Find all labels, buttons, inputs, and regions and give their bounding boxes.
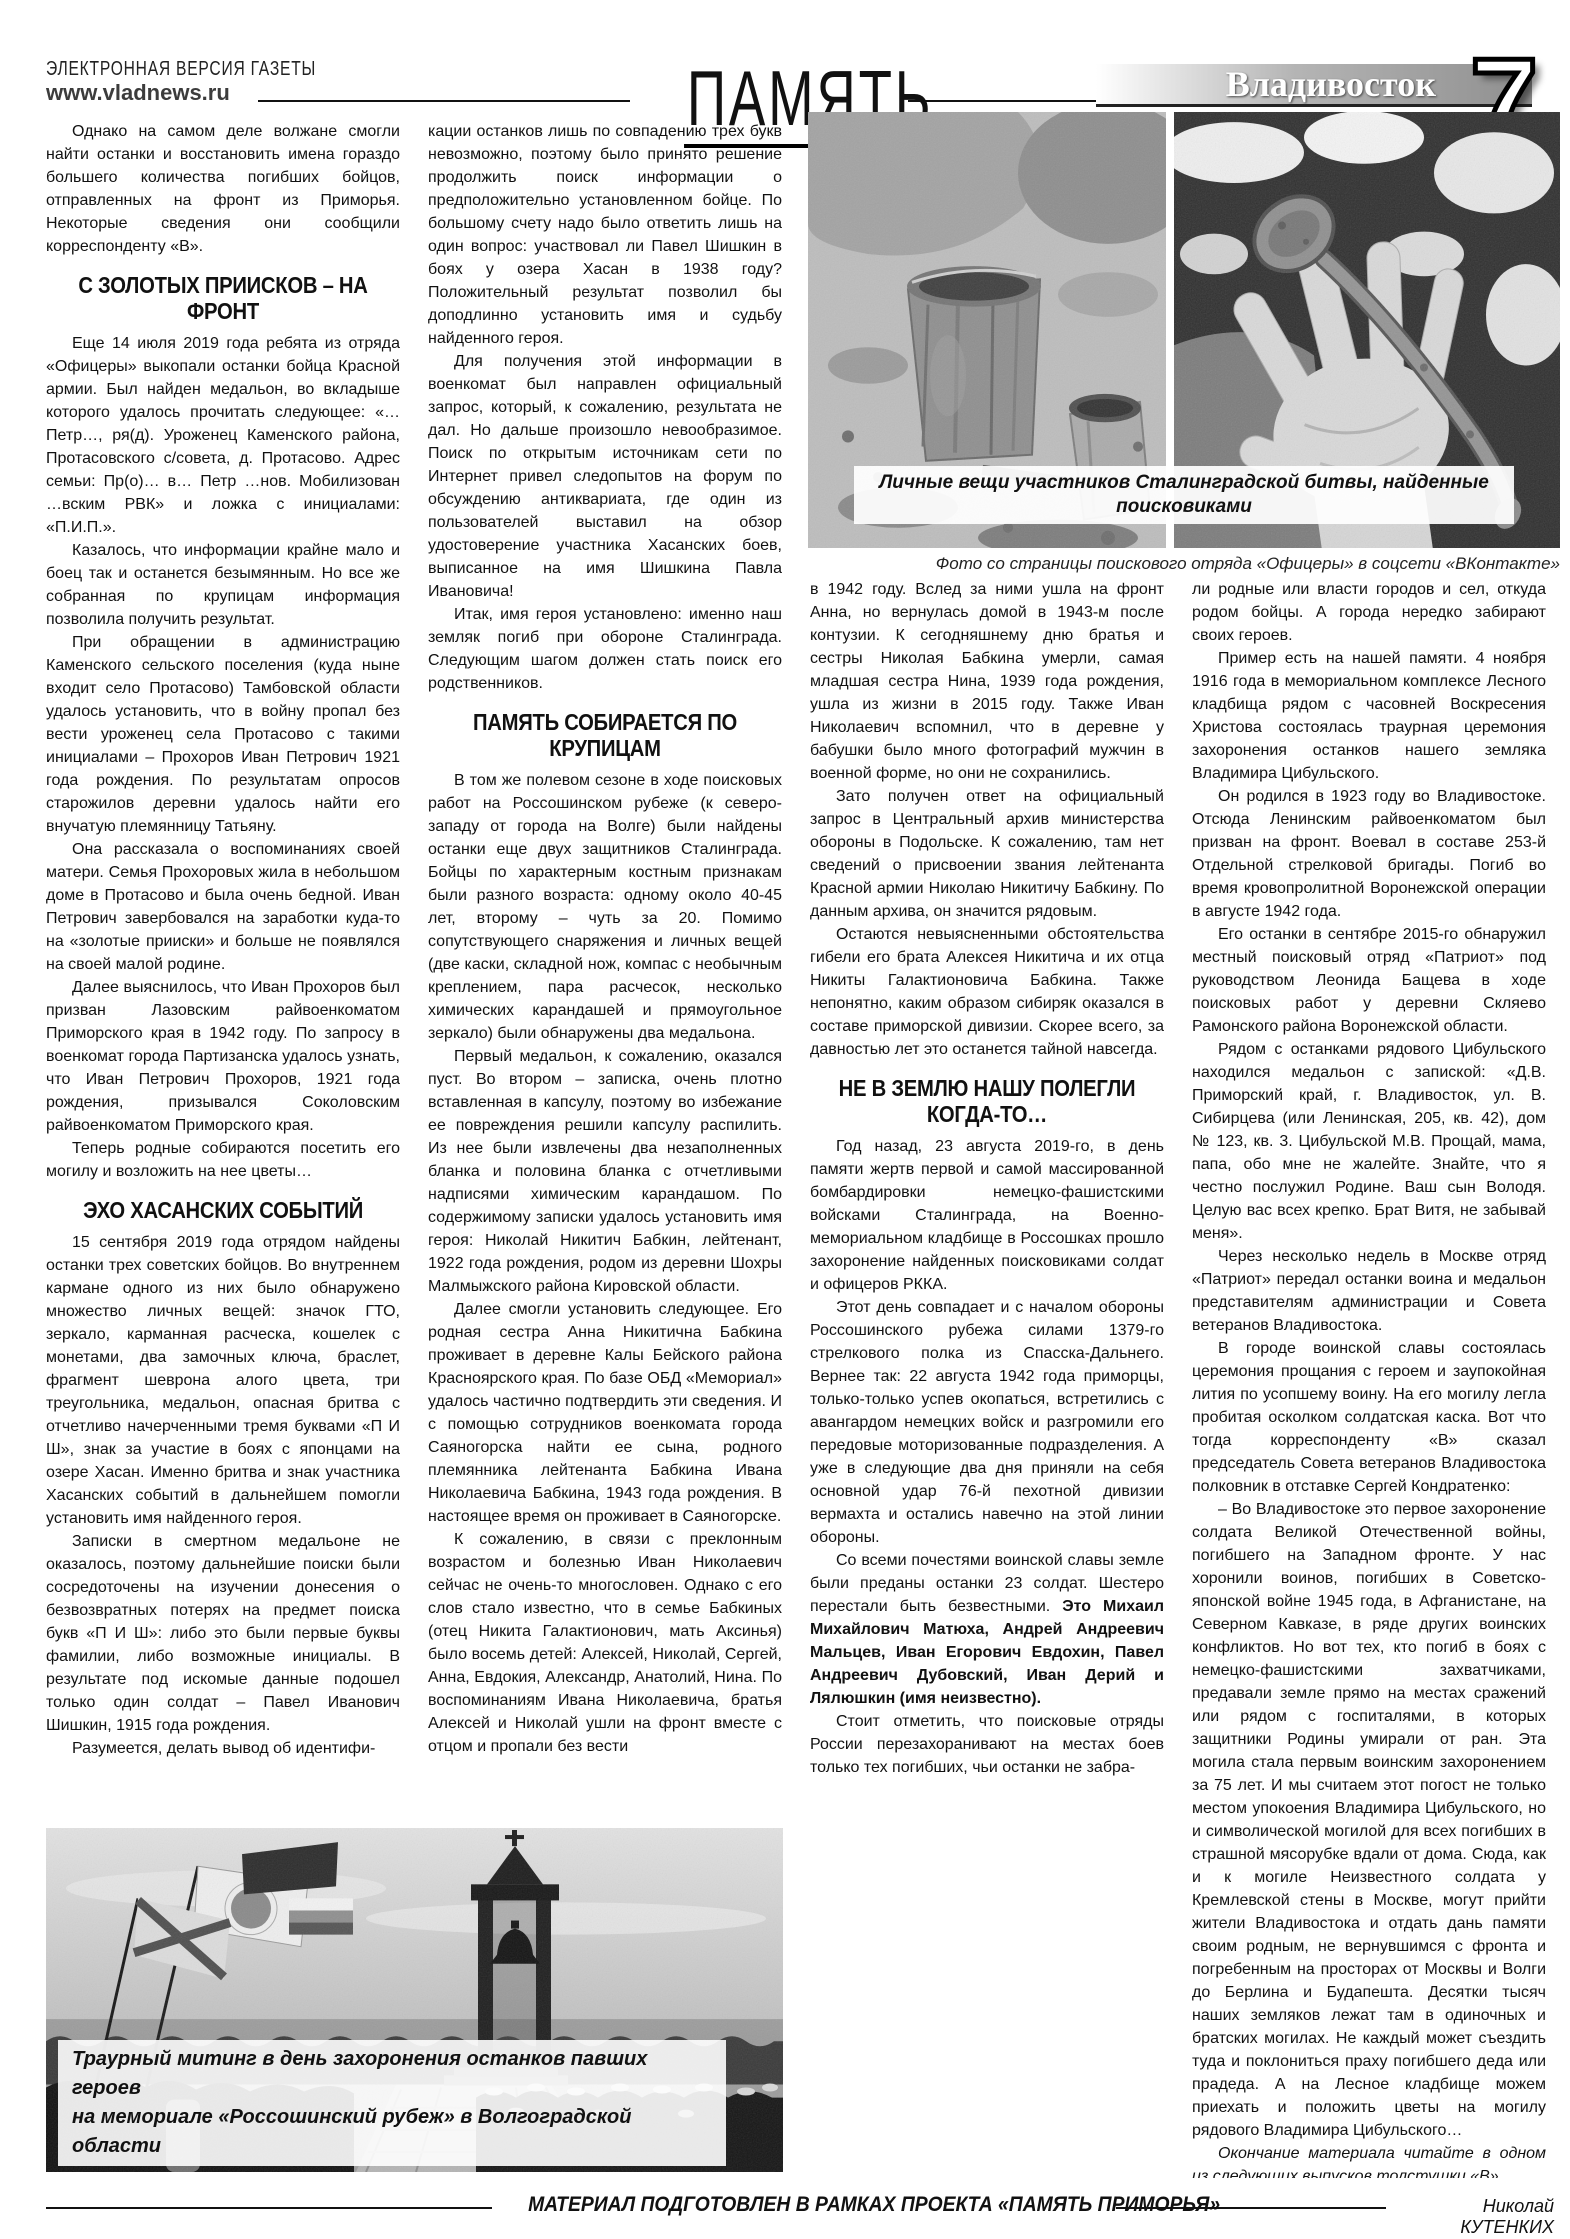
- top-photo-credit: Фото со страницы поискового отряда «Офиц…: [808, 554, 1560, 574]
- paragraph: Записки в смертном медальоне не оказалос…: [46, 1530, 400, 1737]
- paragraph: Через несколько недель в Москве отряд «П…: [1192, 1245, 1546, 1337]
- subheading-not-into-our-soil: НЕ В ЗЕМЛЮ НАШУ ПОЛЕГЛИ КОГДА-ТО…: [810, 1075, 1164, 1127]
- paragraph: При обращении в администрацию Каменского…: [46, 631, 400, 838]
- paragraph-with-names: Со всеми почестями воинской славы земле …: [810, 1549, 1164, 1710]
- subheading-khasan-echo: ЭХО ХАСАНСКИХ СОБЫТИЙ: [46, 1197, 400, 1223]
- project-note-text: МАТЕРИАЛ ПОДГОТОВЛЕН В РАМКАХ ПРОЕКТА «П…: [528, 2193, 1220, 2217]
- continuation-note: Окончание материала читайте в одном из с…: [1192, 2142, 1546, 2178]
- paragraph: В городе воинской славы состоялась церем…: [1192, 1337, 1546, 1498]
- paragraph: Итак, имя героя установлено: именно наш …: [428, 603, 782, 695]
- subheading-text: С ЗОЛОТЫХ ПРИИСКОВ – НА ФРОНТ: [67, 272, 379, 324]
- paragraph: Далее смогли установить следующее. Его р…: [428, 1298, 782, 1528]
- paragraph: Пример есть на нашей памяти. 4 ноября 19…: [1192, 647, 1546, 785]
- paragraph: Для получения этой информации в военкома…: [428, 350, 782, 603]
- subheading-text: НЕ В ЗЕМЛЮ НАШУ ПОЛЕГЛИ КОГДА-ТО…: [831, 1075, 1143, 1127]
- bottom-photo-caption: Траурный митинг в день захоронения остан…: [58, 2040, 726, 2166]
- newspaper-name: Владивосток: [1226, 64, 1436, 104]
- paragraph: в 1942 году. Вслед за ними ушла на фронт…: [810, 578, 1164, 785]
- edition-label: ЭЛЕКТРОННАЯ ВЕРСИЯ ГАЗЕТЫ: [46, 58, 392, 81]
- memorial-photo: Траурный митинг в день захоронения остан…: [46, 1828, 783, 2172]
- header-rule-left: [258, 100, 630, 102]
- footer-rule-right: [1116, 2207, 1386, 2209]
- paragraph: Зато получен ответ на официальный запрос…: [810, 785, 1164, 923]
- paragraph: Еще 14 июля 2019 года ребята из отряда «…: [46, 332, 400, 539]
- top-photo-block: Личные вещи участников Сталинградской би…: [808, 112, 1560, 548]
- paragraph: кации останков лишь по совпадению трех б…: [428, 120, 782, 350]
- subheading-text: ЭХО ХАСАНСКИХ СОБЫТИЙ: [83, 1197, 363, 1223]
- paragraph: Его останки в сентябре 2015-го обнаружил…: [1192, 923, 1546, 1038]
- article-column-2: кации останков лишь по совпадению трех б…: [428, 120, 782, 1822]
- paragraph: Она рассказала о воспоминаниях своей мат…: [46, 838, 400, 976]
- article-column-3: в 1942 году. Вслед за ними ушла на фронт…: [810, 578, 1164, 2140]
- paragraph: В том же полевом сезоне в ходе поисковых…: [428, 769, 782, 1045]
- paragraph: Далее выяснилось, что Иван Прохоров был …: [46, 976, 400, 1137]
- paragraph: 15 сентября 2019 года отрядом найдены ос…: [46, 1231, 400, 1530]
- paragraph: Остаются невыясненными обстоятельства ги…: [810, 923, 1164, 1061]
- author-byline: Николай КУТЕНКИХ: [1390, 2196, 1554, 2238]
- paragraph: Он родился в 1923 году во Владивостоке. …: [1192, 785, 1546, 923]
- paragraph: Этот день совпадает и с началом обороны …: [810, 1296, 1164, 1549]
- article-column-4: ли родные или власти городов и сел, отку…: [1192, 578, 1546, 2178]
- newspaper-page: ЭЛЕКТРОННАЯ ВЕРСИЯ ГАЗЕТЫ www.vladnews.r…: [0, 0, 1570, 2239]
- top-photo-caption: Личные вещи участников Сталинградской би…: [854, 466, 1514, 524]
- paragraph: Первый медальон, к сожалению, оказался п…: [428, 1045, 782, 1298]
- edition-label-text: ЭЛЕКТРОННАЯ ВЕРСИЯ ГАЗЕТЫ: [46, 58, 316, 81]
- bottom-photo-caption-line1: Траурный митинг в день захоронения остан…: [72, 2045, 712, 2103]
- subheading-gold-mines: С ЗОЛОТЫХ ПРИИСКОВ – НА ФРОНТ: [46, 272, 400, 324]
- paragraph-quote: – Во Владивостоке это первое захоронение…: [1192, 1498, 1546, 2142]
- paragraph: Год назад, 23 августа 2019-го, в день па…: [810, 1135, 1164, 1296]
- paragraph: Разумеется, делать вывод об идентифи-: [46, 1737, 400, 1760]
- bottom-photo-caption-line2: на мемориале «Россошинский рубеж» в Волг…: [72, 2103, 712, 2161]
- subheading-memory-crumbs: ПАМЯТЬ СОБИРАЕТСЯ ПО КРУПИЦАМ: [428, 709, 782, 761]
- subheading-text: ПАМЯТЬ СОБИРАЕТСЯ ПО КРУПИЦАМ: [449, 709, 761, 761]
- paragraph: Казалось, что информации крайне мало и б…: [46, 539, 400, 631]
- paragraph: Стоит отметить, что поисковые отряды Рос…: [810, 1710, 1164, 1779]
- paragraph: К сожалению, в связи с преклонным возрас…: [428, 1528, 782, 1758]
- project-note: МАТЕРИАЛ ПОДГОТОВЛЕН В РАМКАХ ПРОЕКТА «П…: [498, 2193, 1112, 2217]
- paragraph: Рядом с останками рядового Цибульского н…: [1192, 1038, 1546, 1245]
- footer-rule-left: [46, 2207, 492, 2209]
- website-link[interactable]: www.vladnews.ru: [46, 80, 230, 106]
- paragraph: ли родные или власти городов и сел, отку…: [1192, 578, 1546, 647]
- paragraph: Теперь родные собираются посетить его мо…: [46, 1137, 400, 1183]
- lead-paragraph: Однако на самом деле волжане смогли найт…: [46, 120, 400, 258]
- article-column-1: Однако на самом деле волжане смогли найт…: [46, 120, 400, 1822]
- header-rule-right: [908, 100, 1098, 102]
